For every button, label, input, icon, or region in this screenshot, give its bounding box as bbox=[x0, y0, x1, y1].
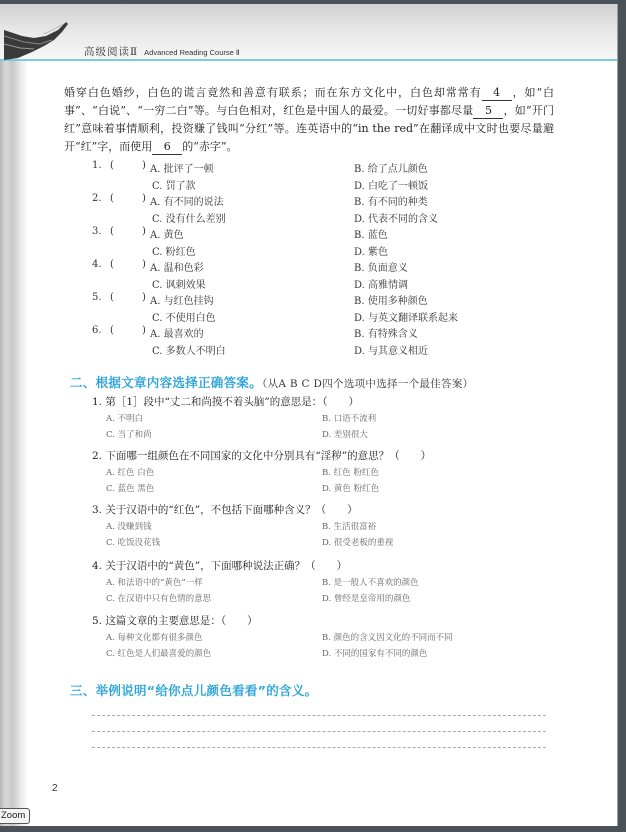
option-a: A. 红色 白色 bbox=[106, 465, 154, 481]
option-a: A. 每种文化都有很多颜色 bbox=[106, 630, 203, 646]
answer-line[interactable] bbox=[92, 731, 546, 747]
passage-text: 的“赤字”。 bbox=[182, 140, 237, 153]
question-row: 4. ( ) A. 温和色彩 B. 负面意义 bbox=[92, 259, 512, 276]
section2-heading: 二、根据文章内容选择正确答案。 bbox=[70, 375, 262, 390]
option-d: D. 紫色 bbox=[354, 243, 388, 258]
answer-blank-close: ) bbox=[142, 193, 146, 204]
passage-text: 婚穿白色婚纱，白色的谎言竟然和善意有联系；而在东方文化中，白色却常常有 bbox=[64, 86, 482, 99]
section2-instruction: （从A B C D四个选项中选择一个最佳答案） bbox=[262, 378, 473, 390]
question-row: C. 多数人不明白 D. 与其意义相近 bbox=[92, 342, 512, 359]
option-b: B. 负面意义 bbox=[354, 259, 408, 274]
question-row: C. 讽刺效果 D. 高雅情调 bbox=[92, 276, 512, 293]
section2-question-3: 3. 关于汉语中的“红色”，不包括下面哪种含义？（ ） A. 没赚到钱 B. 生… bbox=[92, 502, 532, 551]
option-c: C. 罚了款 bbox=[152, 177, 196, 192]
option-d: D. 与英文翻译联系起来 bbox=[354, 309, 458, 324]
answer-writing-area[interactable] bbox=[92, 715, 546, 763]
option-a: A. 不明白 bbox=[106, 411, 143, 427]
document-page: 高级阅读Ⅱ Advanced Reading Course Ⅱ 婚穿白色婚纱，白… bbox=[0, 4, 618, 826]
question-row: 3. ( ) A. 黄色 B. 蓝色 bbox=[92, 226, 512, 243]
option-a: A. 没赚到钱 bbox=[106, 519, 152, 535]
option-b: B. 是一般人不喜欢的颜色 bbox=[322, 575, 419, 591]
option-d: D. 高雅情调 bbox=[354, 276, 408, 291]
option-d: D. 曾经是皇帝用的颜色 bbox=[322, 591, 410, 607]
question-row: 6. ( ) A. 最喜欢的 B. 有特殊含义 bbox=[92, 325, 512, 342]
option-b: B. 有特殊含义 bbox=[354, 325, 418, 340]
option-b: B. 给了点儿颜色 bbox=[354, 160, 428, 175]
blank-6: 6 bbox=[152, 140, 182, 155]
answer-blank-close: ) bbox=[142, 160, 146, 171]
answer-line[interactable] bbox=[92, 747, 546, 763]
option-b: B. 使用多种颜色 bbox=[354, 292, 428, 307]
answer-blank-open[interactable]: ( bbox=[110, 292, 114, 303]
question-options: A. 不明白 B. 口语不流利 C. 当了和尚 D. 差别很大 bbox=[92, 411, 532, 443]
answer-blank-close: ) bbox=[142, 226, 146, 237]
question-options: A. 每种文化都有很多颜色 B. 颜色的含义因文化的不同而不同 C. 红色是人们… bbox=[92, 630, 532, 662]
answer-blank-close: ) bbox=[142, 325, 146, 336]
option-d: D. 与其意义相近 bbox=[354, 342, 428, 357]
section3-title: 三、举例说明“给你点儿颜色看看”的含义。 bbox=[70, 681, 317, 699]
option-c: C. 当了和尚 bbox=[106, 427, 152, 443]
option-c: C. 没有什么差别 bbox=[152, 210, 226, 225]
option-b: B. 蓝色 bbox=[354, 226, 388, 241]
option-b: B. 口语不流利 bbox=[322, 411, 376, 427]
option-a: A. 温和色彩 bbox=[150, 259, 204, 274]
option-c: C. 不使用白色 bbox=[152, 309, 216, 324]
question-row: 2. ( ) A. 有不同的说法 B. 有不同的种类 bbox=[92, 193, 512, 210]
section1-questions: 1. ( ) A. 批评了一顿 B. 给了点儿颜色 C. 罚了款 D. 白吃了一… bbox=[92, 160, 512, 358]
answer-line[interactable] bbox=[92, 715, 546, 731]
section2-question-2: 2. 下面哪一组颜色在不同国家的文化中分别具有“淫秽”的意思？（ ） A. 红色… bbox=[92, 448, 532, 497]
option-c: C. 在汉语中只有色情的意思 bbox=[106, 591, 211, 607]
answer-blank-open[interactable]: ( bbox=[110, 160, 114, 171]
option-b: B. 有不同的种类 bbox=[354, 193, 428, 208]
option-a: A. 与红色挂钩 bbox=[150, 292, 214, 307]
question-options: A. 没赚到钱 B. 生活很富裕 C. 吃饭没花钱 D. 很受老板的重视 bbox=[92, 519, 532, 551]
section2-question-4: 4. 关于汉语中的“黄色”，下面哪种说法正确？（ ） A. 和法语中的“黄色”一… bbox=[92, 558, 532, 607]
answer-blank-open[interactable]: ( bbox=[110, 325, 114, 336]
question-stem: 3. 关于汉语中的“红色”，不包括下面哪种含义？（ ） bbox=[92, 502, 532, 519]
question-number: 5. bbox=[92, 292, 102, 303]
option-a: A. 有不同的说法 bbox=[150, 193, 224, 208]
option-d: D. 很受老板的重视 bbox=[322, 535, 393, 551]
question-row: C. 不使用白色 D. 与英文翻译联系起来 bbox=[92, 309, 512, 326]
page-content: 婚穿白色婚纱，白色的谎言竟然和善意有联系；而在东方文化中，白色却常常有4，如“白… bbox=[0, 4, 617, 826]
question-number: 3. bbox=[92, 226, 102, 237]
option-a: A. 黄色 bbox=[150, 226, 184, 241]
option-b: B. 颜色的含义因文化的不同而不同 bbox=[322, 630, 453, 646]
question-row: C. 没有什么差别 D. 代表不同的含义 bbox=[92, 210, 512, 227]
question-stem: 4. 关于汉语中的“黄色”，下面哪种说法正确？（ ） bbox=[92, 558, 532, 575]
option-c: C. 粉红色 bbox=[152, 243, 196, 258]
option-d: D. 不同的国家有不同的颜色 bbox=[322, 646, 427, 662]
option-c: C. 蓝色 黑色 bbox=[106, 481, 154, 497]
page-number: 2 bbox=[52, 783, 58, 794]
passage-paragraph: 婚穿白色婚纱，白色的谎言竟然和善意有联系；而在东方文化中，白色却常常有4，如“白… bbox=[64, 84, 554, 156]
question-row: C. 罚了款 D. 白吃了一顿饭 bbox=[92, 177, 512, 194]
answer-blank-close: ) bbox=[142, 292, 146, 303]
blank-5: 5 bbox=[473, 104, 503, 119]
answer-blank-open[interactable]: ( bbox=[110, 259, 114, 270]
question-options: A. 红色 白色 B. 红色 粉红色 C. 蓝色 黑色 D. 黄色 粉红色 bbox=[92, 465, 532, 497]
option-c: C. 讽刺效果 bbox=[152, 276, 206, 291]
option-c: C. 红色是人们最喜爱的颜色 bbox=[106, 646, 211, 662]
question-stem: 2. 下面哪一组颜色在不同国家的文化中分别具有“淫秽”的意思？（ ） bbox=[92, 448, 532, 465]
option-a: A. 批评了一顿 bbox=[150, 160, 214, 175]
answer-blank-open[interactable]: ( bbox=[110, 193, 114, 204]
option-a: A. 和法语中的“黄色”一样 bbox=[106, 575, 203, 591]
option-b: B. 红色 粉红色 bbox=[322, 465, 379, 481]
question-row: 1. ( ) A. 批评了一顿 B. 给了点儿颜色 bbox=[92, 160, 512, 177]
question-number: 2. bbox=[92, 193, 102, 204]
answer-blank-close: ) bbox=[142, 259, 146, 270]
question-row: C. 粉红色 D. 紫色 bbox=[92, 243, 512, 260]
question-options: A. 和法语中的“黄色”一样 B. 是一般人不喜欢的颜色 C. 在汉语中只有色情… bbox=[92, 575, 532, 607]
question-number: 1. bbox=[92, 160, 102, 171]
section2-title: 二、根据文章内容选择正确答案。（从A B C D四个选项中选择一个最佳答案） bbox=[70, 373, 473, 391]
option-d: D. 差别很大 bbox=[322, 427, 368, 443]
section2-question-5: 5. 这篇文章的主要意思是：（ ） A. 每种文化都有很多颜色 B. 颜色的含义… bbox=[92, 613, 532, 662]
option-d: D. 代表不同的含义 bbox=[354, 210, 438, 225]
option-d: D. 白吃了一顿饭 bbox=[354, 177, 428, 192]
blank-4: 4 bbox=[482, 86, 512, 101]
option-d: D. 黄色 粉红色 bbox=[322, 481, 379, 497]
question-stem: 1. 第［1］段中“丈二和尚摸不着头脑”的意思是：（ ） bbox=[92, 394, 532, 411]
section2-question-1: 1. 第［1］段中“丈二和尚摸不着头脑”的意思是：（ ） A. 不明白 B. 口… bbox=[92, 394, 532, 443]
question-number: 4. bbox=[92, 259, 102, 270]
option-b: B. 生活很富裕 bbox=[322, 519, 376, 535]
zoom-button[interactable]: Zoom bbox=[0, 808, 30, 824]
question-number: 6. bbox=[92, 325, 102, 336]
answer-blank-open[interactable]: ( bbox=[110, 226, 114, 237]
option-c: C. 多数人不明白 bbox=[152, 342, 226, 357]
option-c: C. 吃饭没花钱 bbox=[106, 535, 160, 551]
option-a: A. 最喜欢的 bbox=[150, 325, 204, 340]
question-row: 5. ( ) A. 与红色挂钩 B. 使用多种颜色 bbox=[92, 292, 512, 309]
question-stem: 5. 这篇文章的主要意思是：（ ） bbox=[92, 613, 532, 630]
